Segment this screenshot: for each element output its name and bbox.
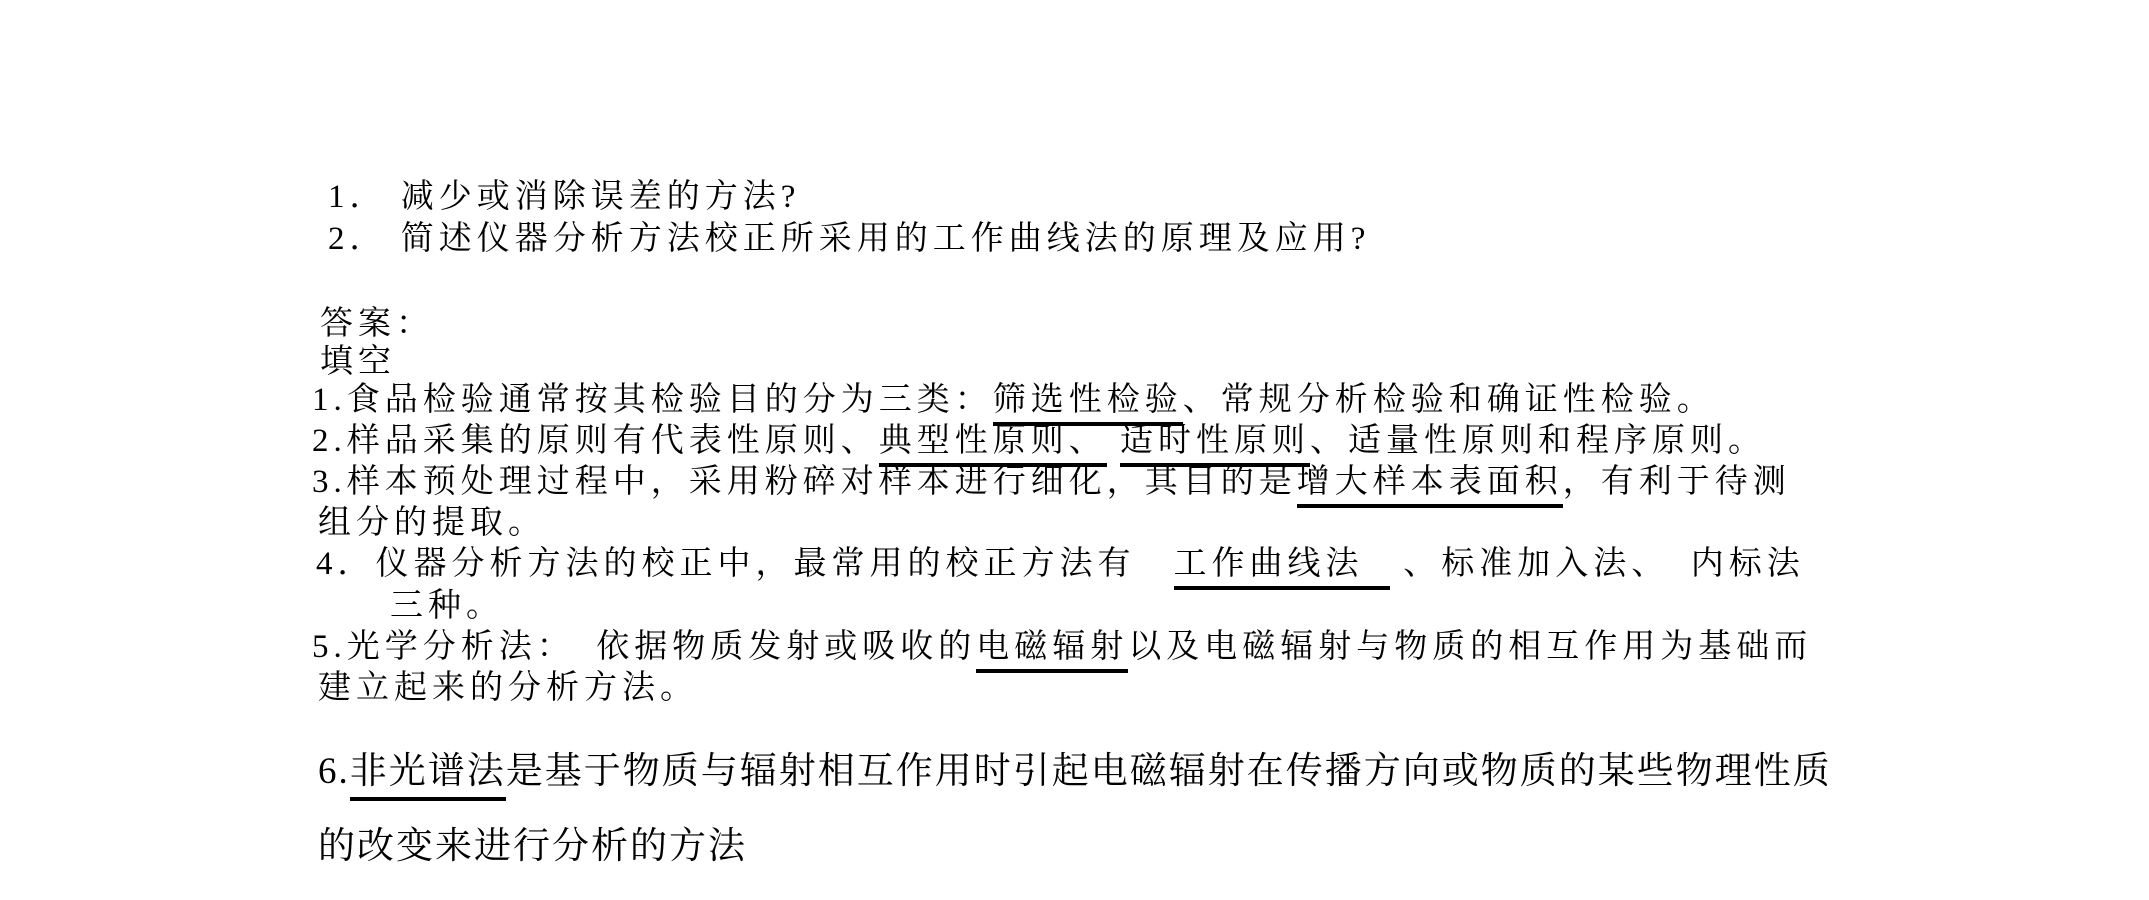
- text-segment: 6.: [318, 748, 350, 796]
- text-segment: 、适量性原则和程序原则。: [1310, 420, 1766, 462]
- text-segment: ，有利于待测: [1563, 461, 1791, 503]
- text-segment: 4．仪器分析方法的校正中，最常用的校正方法有: [316, 543, 1174, 585]
- text-segment: 2.样品采集的原则有代表性原则、: [312, 420, 879, 462]
- blank-answer-text: 工作曲线法: [1174, 543, 1391, 590]
- fill-in-line-3: 3.样本预处理过程中，采用粉碎对样本进行细化，其目的是增大样本表面积，有利于待测: [312, 461, 1791, 508]
- text-segment: 、常规分析检验和确证性检验。: [1183, 379, 1715, 421]
- text-segment: 的改变来进行分析的方法: [318, 823, 747, 871]
- text-segment: 、标准加入法、 内标法: [1390, 543, 1805, 585]
- fill-in-section-heading: 填空: [320, 341, 396, 383]
- question-line-2: 2． 简述仪器分析方法校正所采用的工作曲线法的原理及应用?: [328, 218, 1370, 260]
- blank-answer-text: 筛选性检验: [993, 379, 1183, 426]
- text-segment: 2． 简述仪器分析方法校正所采用的工作曲线法的原理及应用?: [328, 218, 1370, 260]
- blank-answer-text: 非光谱法: [350, 748, 506, 801]
- fill-in-line-6-wrap: 的改变来进行分析的方法: [318, 823, 747, 871]
- fill-in-line-2: 2.样品采集的原则有代表性原则、典型性原则、 适时性原则、适量性原则和程序原则。: [312, 420, 1766, 467]
- fill-in-line-4-wrap: 三种。: [390, 585, 504, 627]
- text-segment: 1． 减少或消除误差的方法?: [328, 176, 800, 218]
- fill-in-line-6: 6.非光谱法是基于物质与辐射相互作用时引起电磁辐射在传播方向或物质的某些物理性质: [318, 748, 1832, 801]
- fill-in-line-5-wrap: 建立起来的分析方法。: [318, 667, 698, 709]
- text-segment: [1107, 420, 1120, 462]
- answers-heading: 答案：: [320, 303, 434, 345]
- text-segment: 5.光学分析法： 依据物质发射或吸收的: [312, 626, 976, 668]
- question-line-1: 1． 减少或消除误差的方法?: [328, 176, 800, 218]
- fill-in-line-4: 4．仪器分析方法的校正中，最常用的校正方法有 工作曲线法 、标准加入法、 内标法: [316, 543, 1805, 590]
- document-page: 1． 减少或消除误差的方法? 2． 简述仪器分析方法校正所采用的工作曲线法的原理…: [0, 0, 2149, 900]
- text-segment: 三种。: [390, 585, 504, 627]
- text-segment: 1.食品检验通常按其检验目的分为三类：: [312, 379, 993, 421]
- text-segment: 是基于物质与辐射相互作用时引起电磁辐射在传播方向或物质的某些物理性质: [506, 748, 1832, 796]
- blank-answer-text: 增大样本表面积: [1297, 461, 1563, 508]
- text-segment: 3.样本预处理过程中，采用粉碎对样本进行细化，其目的是: [312, 461, 1297, 503]
- blank-answer-text: 电磁辐射: [976, 626, 1128, 673]
- fill-in-line-3-wrap: 组分的提取。: [318, 502, 546, 544]
- fill-in-line-1: 1.食品检验通常按其检验目的分为三类：筛选性检验、常规分析检验和确证性检验。: [312, 379, 1715, 426]
- text-segment: 答案：: [320, 303, 434, 345]
- text-segment: 以及电磁辐射与物质的相互作用为基础而: [1128, 626, 1812, 668]
- blank-answer-text: 适时性原则: [1120, 420, 1310, 467]
- text-segment: 建立起来的分析方法。: [318, 667, 698, 709]
- text-segment: 填空: [320, 341, 396, 383]
- fill-in-line-5: 5.光学分析法： 依据物质发射或吸收的电磁辐射以及电磁辐射与物质的相互作用为基础…: [312, 626, 1812, 673]
- blank-answer-text: 典型性原则、: [879, 420, 1107, 467]
- text-segment: 组分的提取。: [318, 502, 546, 544]
